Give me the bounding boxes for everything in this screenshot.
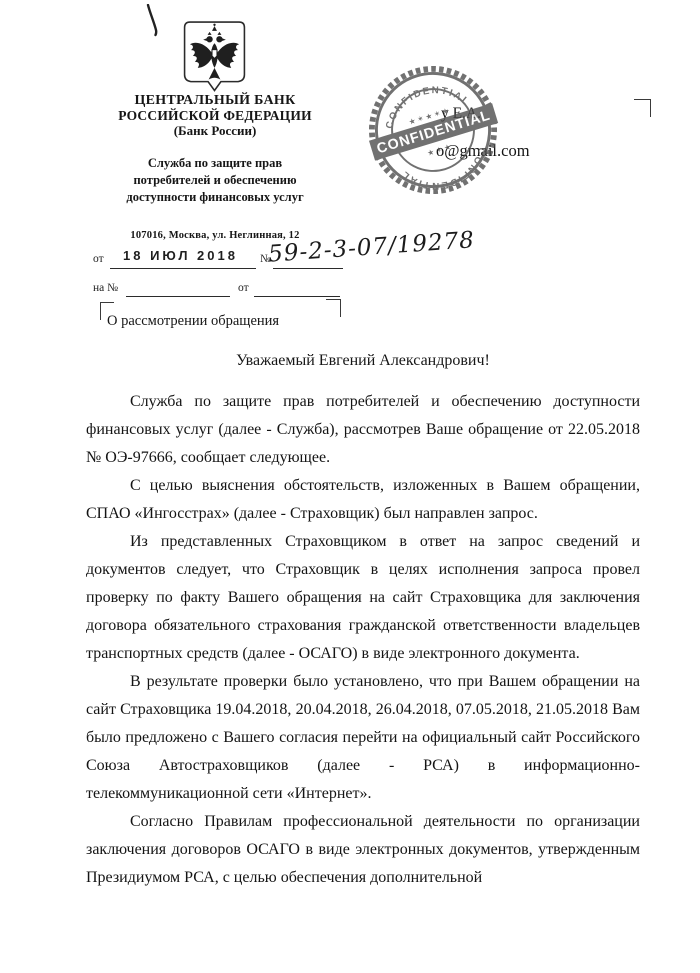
letter-greeting: Уважаемый Евгений Александрович! (86, 352, 640, 370)
letterhead-org-name: ЦЕНТРАЛЬНЫЙ БАНК РОССИЙСКОЙ ФЕДЕРАЦИИ (Б… (95, 93, 335, 139)
division-line1: Служба по защите прав (95, 155, 335, 172)
paragraph-3: Из представленных Страховщиком в ответ н… (86, 528, 640, 668)
letterhead-division-name: Служба по защите прав потребителей и обе… (95, 155, 335, 206)
org-name-line2: РОССИЙСКОЙ ФЕДЕРАЦИИ (95, 108, 335, 123)
reply-number-rule-line (126, 296, 230, 297)
paragraph-4: В результате проверки было установлено, … (86, 668, 640, 808)
letter-body: Служба по защите прав потребителей и обе… (86, 388, 640, 892)
date-rule-line (110, 268, 256, 269)
division-line2: потребителей и обеспечению (95, 172, 335, 189)
paragraph-1: Служба по защите прав потребителей и обе… (86, 388, 640, 472)
scanned-letter-page: ЦЕНТРАЛЬНЫЙ БАНК РОССИЙСКОЙ ФЕДЕРАЦИИ (Б… (0, 0, 700, 973)
letter-subject: О рассмотрении обращения (107, 313, 279, 330)
crop-mark-address-right (326, 299, 341, 317)
from-date-label: от (93, 253, 104, 265)
paragraph-2: С целью выяснения обстоятельств, изложен… (86, 472, 640, 528)
reply-to-label: на № (93, 282, 118, 294)
org-name-line3: (Банк России) (95, 123, 335, 139)
reply-date-rule-line (254, 296, 340, 297)
reply-from-label: от (238, 282, 249, 294)
confidential-stamp: CONFIDENTIAL CONFIDENTIAL ★ ✶ ★ ✶ ★ CONF… (352, 49, 514, 211)
stamp-stars-bottom: ★ ✶ ★ (426, 142, 452, 158)
crop-mark-top-right (634, 99, 651, 117)
coat-of-arms-eagle-icon (183, 20, 246, 94)
number-rule-line (273, 268, 343, 269)
registration-date-stamp: 18 ИЮЛ 2018 (123, 248, 238, 263)
paragraph-5: Согласно Правилам профессиональной деяте… (86, 808, 640, 892)
division-line3: доступности финансовых услуг (95, 189, 335, 206)
handwritten-tick-mark (144, 4, 164, 38)
org-name-line1: ЦЕНТРАЛЬНЫЙ БАНК (95, 93, 335, 108)
